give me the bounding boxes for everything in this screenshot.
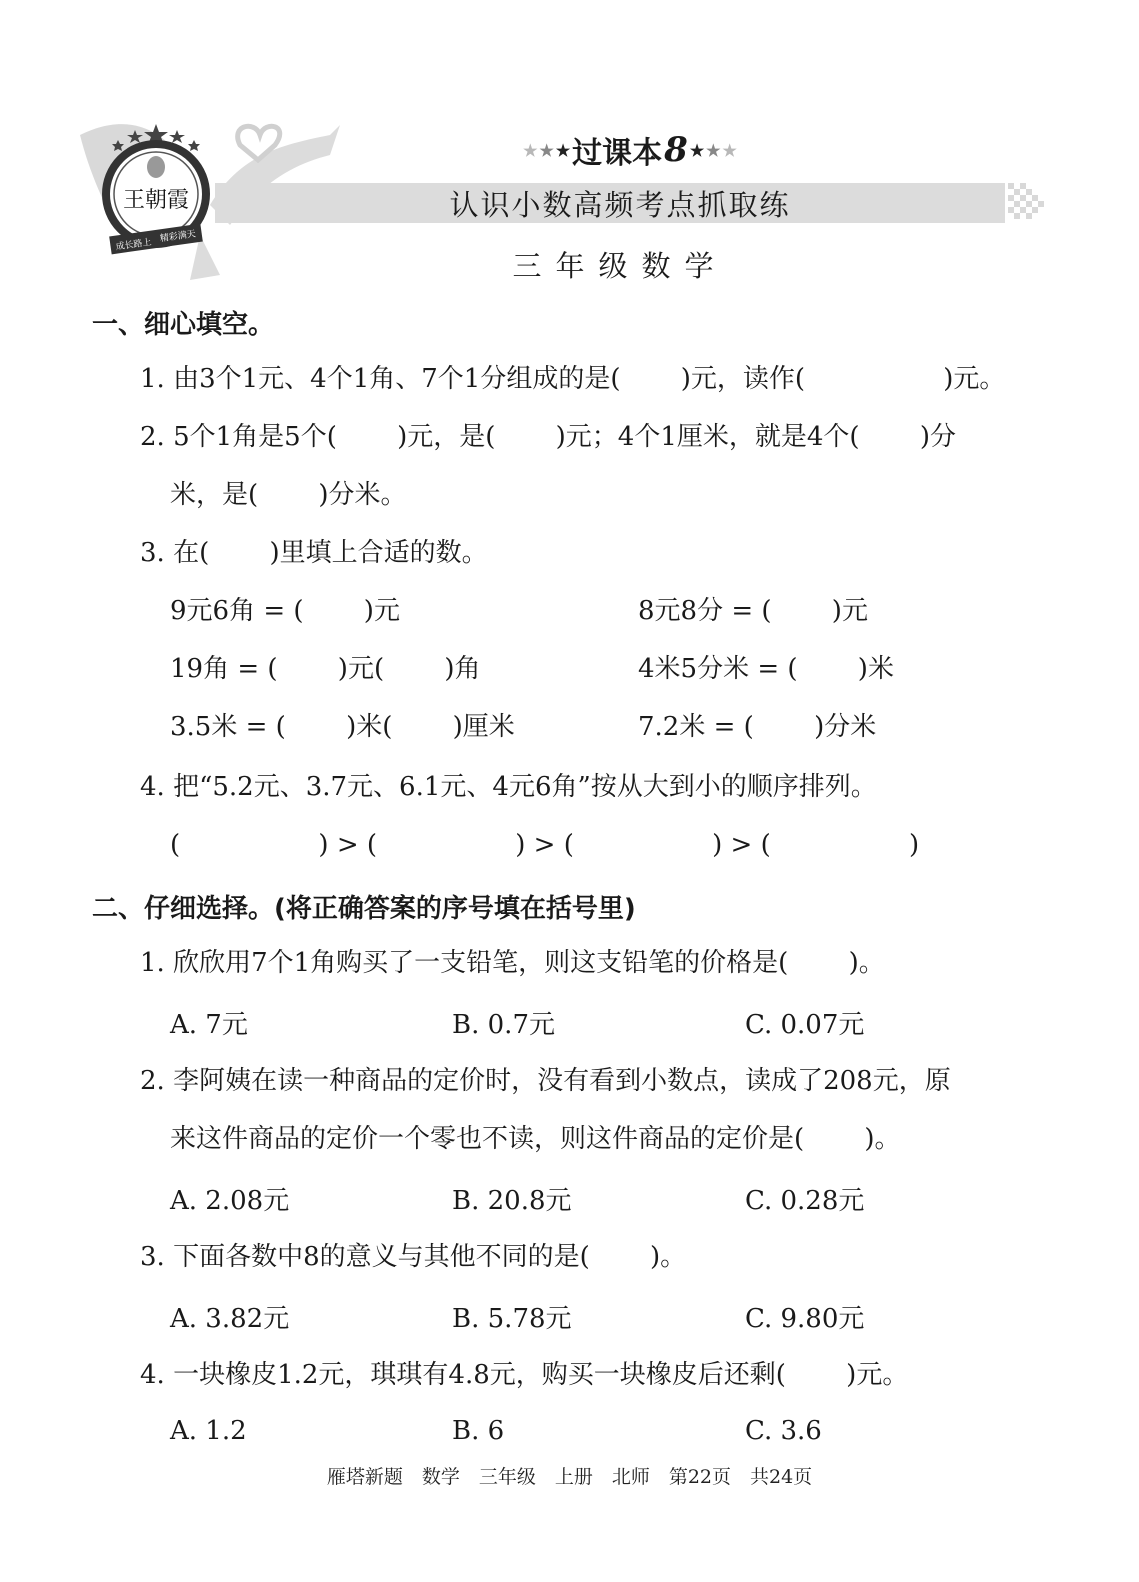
- star-icon: ★: [723, 141, 737, 160]
- option-c: C. 0.07元: [745, 1004, 864, 1041]
- question-1-3-item: 4米5分米 = ( )米: [638, 652, 894, 686]
- option-b: B. 6: [452, 1416, 504, 1446]
- section-heading-choice: 二、仔细选择。(将正确答案的序号填在括号里): [92, 888, 636, 925]
- question-1-3-item: 7.2米 = ( )分米: [638, 710, 876, 744]
- question-2-2-line2: 来这件商品的定价一个零也不读，则这件商品的定价是( )。: [170, 1122, 901, 1156]
- star-icon: ★: [706, 141, 720, 160]
- series-label: ★ ★ ★ 过课本 8 ★ ★ ★: [500, 130, 760, 170]
- option-c: C. 9.80元: [745, 1298, 864, 1335]
- option-b: B. 0.7元: [452, 1004, 555, 1041]
- question-1-1: 1. 由3个1元、4个1角、7个1分组成的是( )元，读作( )元。: [140, 362, 1005, 396]
- option-a: A. 2.08元: [170, 1180, 289, 1217]
- star-icon: ★: [556, 141, 570, 160]
- option-b: B. 20.8元: [452, 1180, 572, 1217]
- question-1-3-item: 3.5米 = ( )米( )厘米: [170, 710, 515, 744]
- brand-logo: 王朝霞 成长路上 精彩满天: [100, 122, 212, 262]
- question-1-2-line2: 米，是( )分米。: [170, 478, 407, 512]
- option-c: C. 0.28元: [745, 1180, 864, 1217]
- question-1-4: 4. 把“5.2元、3.7元、6.1元、4元6角”按从大到小的顺序排列。: [140, 770, 877, 804]
- star-icon: ★: [523, 141, 537, 160]
- page-footer: 雁塔新题 数学 三年级 上册 北师 第22页 共24页: [0, 1462, 1139, 1489]
- question-1-3: 3. 在( )里填上合适的数。: [140, 536, 488, 570]
- subject-title: 三年级数学: [470, 242, 770, 286]
- series-text: 过课本: [572, 128, 662, 172]
- question-1-3-item: 19角 = ( )元( )角: [170, 652, 481, 686]
- page-title: 认识小数高频考点抓取练: [400, 183, 840, 223]
- question-2-1: 1. 欣欣用7个1角购买了一支铅笔，则这支铅笔的价格是( )。: [140, 946, 885, 980]
- question-1-3-item: 8元8分 = ( )元: [638, 594, 868, 628]
- option-b: B. 5.78元: [452, 1298, 572, 1335]
- question-2-4: 4. 一块橡皮1.2元，琪琪有4.8元，购买一块橡皮后还剩( )元。: [140, 1358, 908, 1392]
- question-1-2-line1: 2. 5个1角是5个( )元，是( )元；4个1厘米，就是4个( )分: [140, 420, 956, 454]
- star-icon: ★: [539, 141, 553, 160]
- question-1-3-item: 9元6角 = ( )元: [170, 594, 400, 628]
- option-a: A. 7元: [170, 1004, 248, 1041]
- checker-pattern: [1008, 183, 1062, 223]
- section-heading-fill-in: 一、细心填空。: [92, 304, 274, 341]
- star-icon: ★: [690, 141, 704, 160]
- option-c: C. 3.6: [745, 1416, 822, 1446]
- question-2-3: 3. 下面各数中8的意义与其他不同的是( )。: [140, 1240, 686, 1274]
- series-number: 8: [664, 130, 688, 170]
- question-1-4-answer-blanks: ( ) > ( ) > ( ) > ( ): [170, 828, 919, 862]
- option-a: A. 3.82元: [170, 1298, 289, 1335]
- question-2-2-line1: 2. 李阿姨在读一种商品的定价时，没有看到小数点，读成了208元，原: [140, 1064, 951, 1098]
- option-a: A. 1.2: [170, 1416, 247, 1446]
- svg-text:王朝霞: 王朝霞: [123, 188, 189, 213]
